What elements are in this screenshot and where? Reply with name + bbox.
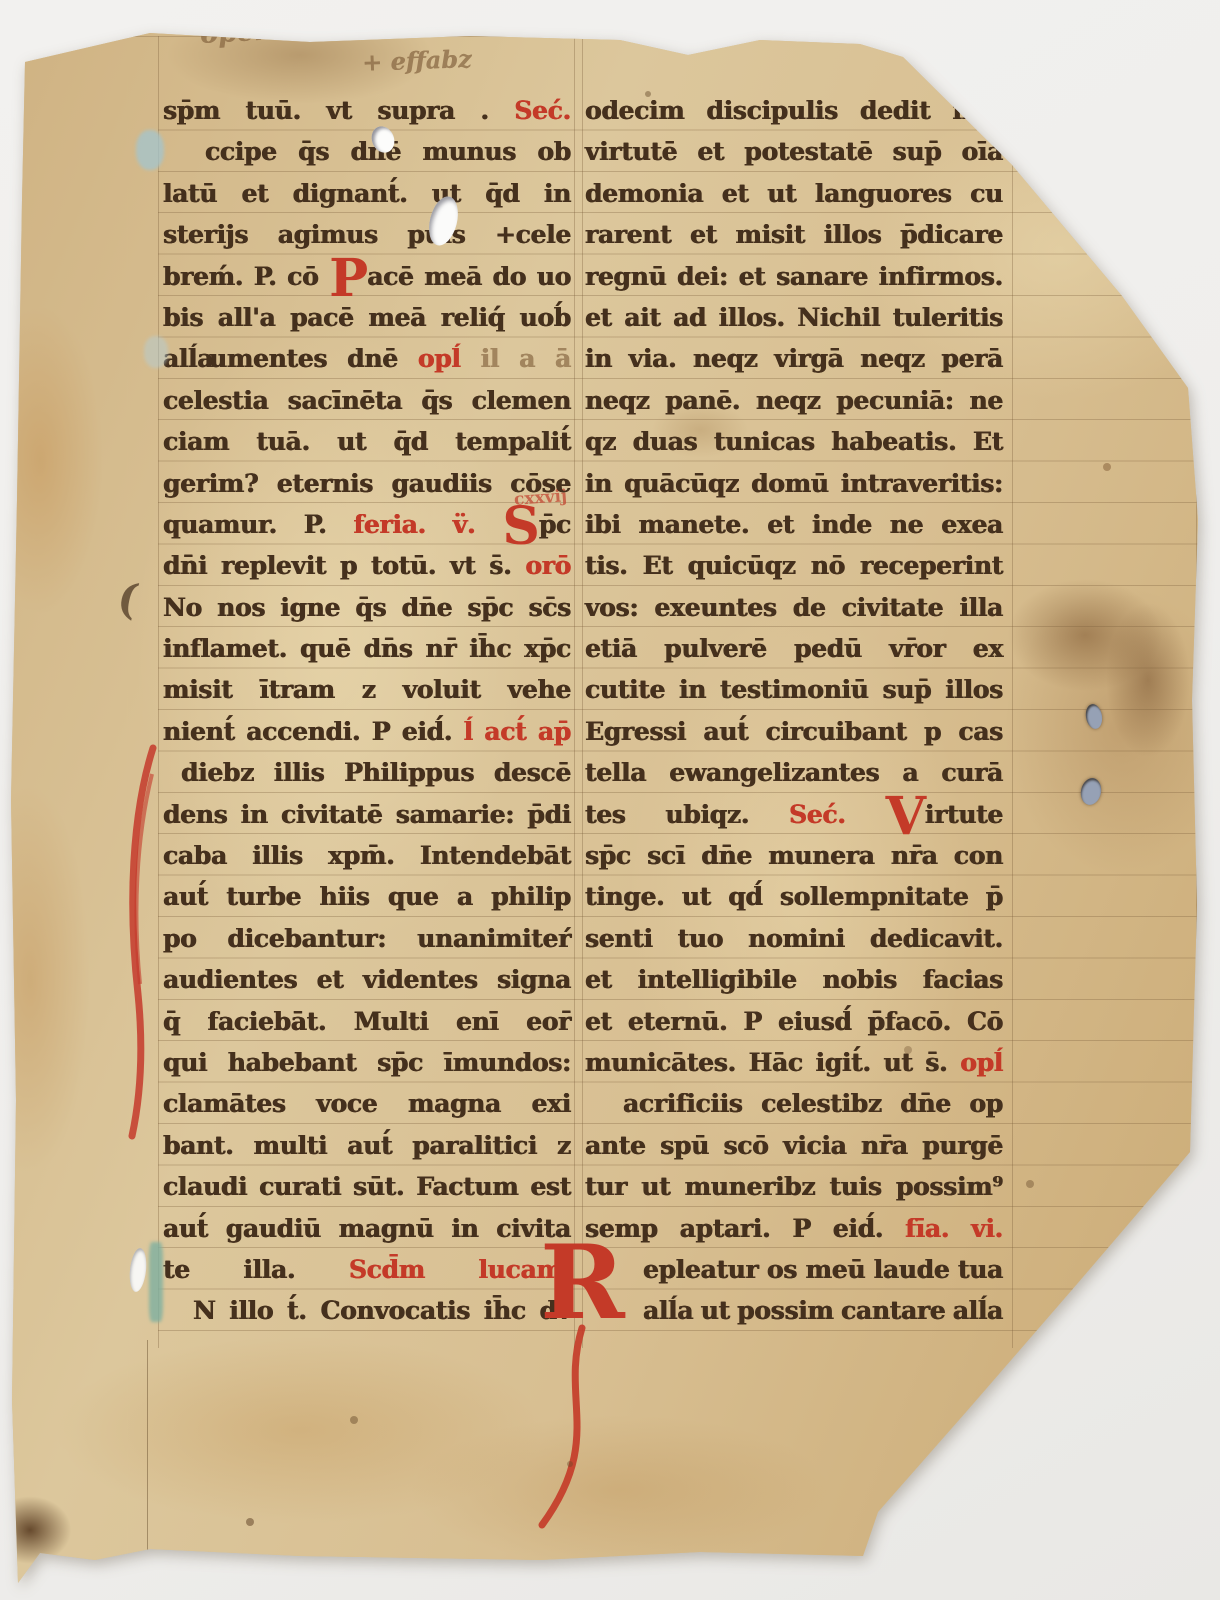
text-line: cutite in testimoniū sup̄ illos (585, 669, 1003, 710)
ruling-vertical-line (582, 36, 583, 1348)
body-text: caba illis xpm̄. Intendebāt (163, 841, 571, 870)
text-line: nient́ accendi. P eid́. ĺ act́ ap̄ (163, 711, 571, 752)
text-line: tinge. ut qd́ sollempnitate p̄ (585, 876, 1003, 917)
body-text: irtute (925, 800, 1003, 829)
body-text: acrificiis celestibz dn̄e op (623, 1089, 1003, 1118)
rubric-text: opĺ (418, 344, 461, 373)
body-text: qz duas tunicas habeatis. Et (585, 427, 1003, 456)
text-line: tis. Et quicūqz nō receperint (585, 545, 1003, 586)
text-line: Egressi aut́ circuibant p cas (585, 711, 1003, 752)
text-line: qz duas tunicas habeatis. Et (585, 421, 1003, 462)
body-text: quamur. P. (163, 510, 327, 539)
text-line: diebz illis Philippus descē (163, 752, 571, 793)
text-line: tes ubiqz. Seć. Virtute (585, 794, 1003, 835)
text-line: et eternū. P eiusd́ p̄facō. Cō (585, 1001, 1003, 1042)
body-text: nient́ accendi. P eid́. (163, 717, 452, 746)
body-text: umentes dnē (209, 344, 418, 373)
text-line: virtutē et potestatē sup̄ oīa (585, 131, 1003, 172)
rubric-text: feria. v̈. (327, 510, 503, 539)
body-text: demonia et ut languores cu (585, 179, 1003, 208)
body-text: p̄c (539, 510, 571, 539)
ruling-vertical-line (1196, 36, 1197, 1348)
text-column-left: sp̄m tuū. vt supra . Seć.ccipe q̄s dnē … (163, 90, 571, 1332)
body-text: inflamet. quē dn̄s nr̄ ih̄c xp̄c (163, 634, 571, 663)
body-text: dn̄i replevit p totū. vt s̄. (163, 551, 512, 580)
text-line: qui habebant sp̄c īmundos: (163, 1042, 571, 1083)
text-line: tella ewangelizantes a curā (585, 752, 1003, 793)
body-text: acē meā do uo (367, 262, 571, 291)
text-line: acrificiis celestibz dn̄e op (585, 1083, 1003, 1124)
body-text: il a ā (461, 344, 571, 373)
text-line: N illo t́. Convocatis ih̄c dv (163, 1290, 571, 1331)
text-line: dens in civitatē samarie: p̄di (163, 794, 571, 835)
text-line: ccipe q̄s dnē munus ob (163, 131, 571, 172)
body-text: tis. Et quicūqz nō receperint (585, 551, 1003, 580)
body-text: rarent et misit illos p̄dicare (585, 220, 1003, 249)
text-line: ciam tuā. ut q̄d tempalit́ (163, 421, 571, 462)
text-line: etiā pulverē pedū vr̄or ex (585, 628, 1003, 669)
text-line: rarent et misit illos p̄dicare (585, 214, 1003, 255)
body-text: ante spū scō vicia nr̄a purgē (585, 1131, 1003, 1160)
body-text: dens in civitatē samarie: p̄di (163, 800, 571, 829)
text-line: neqz panē. neqz pecuniā: ne (585, 380, 1003, 421)
text-line: celestia sacīnēta q̄s clemen (163, 380, 571, 421)
parchment-leaf: operare + effabz cxxvij sp̄m tuū. vt sup… (0, 0, 1220, 1600)
body-text: in via. neqz virgā neqz perā (585, 344, 1003, 373)
body-text: neqz panē. neqz pecuniā: ne (585, 386, 1003, 415)
text-line: tur ut muneribz tuis possim⁹ (585, 1166, 1003, 1207)
body-text: ibi manete. et inde ne exea (585, 510, 1003, 539)
body-text: q̄ faciebāt. Multi enī eor̄ (163, 1007, 571, 1036)
body-text: tella ewangelizantes a curā (585, 758, 1003, 787)
text-line: ante spū scō vicia nr̄a purgē (585, 1125, 1003, 1166)
text-line: clamātes voce magna exi (163, 1083, 571, 1124)
body-text: ciam tuā. ut q̄d tempalit́ (163, 427, 571, 456)
rubric-text: Seć. (749, 800, 885, 829)
text-line: bant. multi aut́ paralitici z (163, 1125, 571, 1166)
body-text: cutite in testimoniū sup̄ illos (585, 675, 1003, 704)
body-text: municātes. Hāc igit́. ut s̄. (585, 1048, 948, 1077)
text-line: aut́ gaudiū magnū in civita (163, 1208, 571, 1249)
body-text: et intelligibile nobis facias (585, 965, 1003, 994)
body-text: qui habebant sp̄c īmundos: (163, 1048, 571, 1077)
body-text: tes ubiqz. (585, 800, 749, 829)
body-text: misit ītram z voluit vehe (163, 675, 571, 704)
text-line: semp aptari. P eid́. fīa. vi. (585, 1208, 1003, 1249)
body-text: odecim discipulis dedit illis (585, 96, 1003, 125)
text-line: in via. neqz virgā neqz perā (585, 338, 1003, 379)
text-line: caba illis xpm̄. Intendebāt (163, 835, 571, 876)
body-text: virtutē et potestatē sup̄ oīa (585, 137, 1003, 166)
text-line: aut́ turbe hiis que a philip (163, 876, 571, 917)
text-line: regnū dei: et sanare infirmos. (585, 256, 1003, 297)
rubric-text: fīa. vi. (883, 1214, 1003, 1243)
parchment-crease (147, 1340, 148, 1552)
body-text: audientes et videntes signa (163, 965, 571, 994)
text-line: sp̄c scī dn̄e munera nr̄a con (585, 835, 1003, 876)
marginal-note: operare (199, 13, 318, 50)
text-line: municātes. Hāc igit́. ut s̄. opĺ (585, 1042, 1003, 1083)
text-line: umentes dnē opĺ il a ā (163, 338, 571, 379)
text-line: No nos igne q̄s dn̄e sp̄c sc̄s (163, 587, 571, 628)
body-text: et ait ad illos. Nichil tuleritis (585, 303, 1003, 332)
text-line: latū et dignant́. ut q̄d in (163, 173, 571, 214)
body-text: aut́ turbe hiis que a philip (163, 882, 571, 911)
teal-pigment-smudge (149, 1242, 163, 1322)
body-text: vos: exeuntes de civitate illa (585, 593, 1003, 622)
text-line: po dicebantur: unanimiteŕ (163, 918, 571, 959)
rubric-text: opĺ (948, 1048, 1003, 1077)
text-line: te illa. Scd̄m lucam. (163, 1249, 571, 1290)
ink-speckles (0, 0, 4, 4)
text-column-right: odecim discipulis dedit illisvirtutē et … (585, 90, 1003, 1332)
body-text: sp̄c scī dn̄e munera nr̄a con (585, 841, 1003, 870)
ruling-vertical-line (1012, 36, 1013, 1348)
ruling-vertical-line (574, 36, 575, 1348)
body-text: claudi curati sūt. Factum est (163, 1172, 571, 1201)
body-text: diebz illis Philippus descē (181, 758, 571, 787)
body-text: sp̄m tuū. vt supra . (163, 96, 489, 125)
text-line: inflamet. quē dn̄s nr̄ ih̄c xp̄c (163, 628, 571, 669)
text-line: in quācūqz domū intraveritis: (585, 463, 1003, 504)
text-line: q̄ faciebāt. Multi enī eor̄ (163, 1001, 571, 1042)
text-line: audientes et videntes signa (163, 959, 571, 1000)
marginal-note: + effabz (362, 44, 472, 77)
parchment-hole (128, 1247, 149, 1292)
rubric-text: Scd̄m lucam. (295, 1255, 571, 1284)
text-line: claudi curati sūt. Factum est (163, 1166, 571, 1207)
body-text: tinge. ut qd́ sollempnitate p̄ (585, 882, 1003, 911)
body-text: Egressi aut́ circuibant p cas (585, 717, 1003, 746)
body-text: N illo t́. Convocatis ih̄c dv (193, 1296, 571, 1325)
body-text: epleatur os meū laude tua (643, 1255, 1003, 1284)
blue-pigment-smudge (144, 336, 168, 368)
text-line: epleatur os meū laude tua (585, 1249, 1003, 1290)
ruling-top-line (20, 36, 1100, 37)
text-line: senti tuo nomini dedicavit. (585, 918, 1003, 959)
text-line: demonia et ut languores cu (585, 173, 1003, 214)
blue-pigment-smudge (136, 130, 164, 170)
text-line: et intelligibile nobis facias (585, 959, 1003, 1000)
parchment-shadow-wrap: operare + effabz cxxvij sp̄m tuū. vt sup… (0, 0, 1220, 1600)
rubricated-initial-I-flourish (127, 744, 171, 1144)
text-line: ibi manete. et inde ne exea (585, 504, 1003, 545)
body-text: No nos igne q̄s dn̄e sp̄c sc̄s (163, 593, 571, 622)
text-line: vos: exeuntes de civitate illa (585, 587, 1003, 628)
text-line: odecim discipulis dedit illis (585, 90, 1003, 131)
body-text: sterijs agimus puis +cele (163, 220, 571, 249)
initial-R-flourish (520, 1320, 650, 1550)
rubric-text: Seć. (489, 96, 571, 125)
body-text: celestia sacīnēta q̄s clemen (163, 386, 571, 415)
body-text: alĺa ut possim cantare alĺa (643, 1296, 1003, 1325)
body-text: clamātes voce magna exi (163, 1089, 571, 1118)
text-line: breḿ. P. cō Pacē meā do uo (163, 256, 571, 297)
body-text: breḿ. P. cō (163, 262, 329, 291)
body-text: regnū dei: et sanare infirmos. (585, 262, 1003, 291)
body-text: semp aptari. P eid́. (585, 1214, 883, 1243)
text-line: dn̄i replevit p totū. vt s̄. orō (163, 545, 571, 586)
text-line: bis all'a pacē meā reliq́ uob́ alĺa (163, 297, 571, 338)
rubric-text: orō (512, 551, 571, 580)
body-text: et eternū. P eiusd́ p̄facō. Cō (585, 1007, 1003, 1036)
rubricated-initial-R: R (540, 1232, 625, 1334)
body-text: senti tuo nomini dedicavit. (585, 924, 1003, 953)
rubric-text: ĺ act́ ap̄ (452, 717, 571, 746)
text-line: sp̄m tuū. vt supra . Seć. (163, 90, 571, 131)
scribal-mark: ( (113, 572, 143, 624)
body-text: gerim? eternis gaudiis cōse (163, 469, 571, 498)
body-text: tur ut muneribz tuis possim⁹ (585, 1172, 1003, 1201)
body-text: latū et dignant́. ut q̄d in (163, 179, 571, 208)
text-line: et ait ad illos. Nichil tuleritis (585, 297, 1003, 338)
body-text: aut́ gaudiū magnū in civita (163, 1214, 571, 1243)
body-text: in quācūqz domū intraveritis: (585, 469, 1003, 498)
photo-background: { "document": { "kind": "medieval manusc… (0, 0, 1220, 1600)
ruling-vertical-line (158, 36, 159, 1348)
text-line: misit ītram z voluit vehe (163, 669, 571, 710)
body-text: po dicebantur: unanimiteŕ (163, 924, 571, 953)
body-text: te illa. (163, 1255, 295, 1284)
body-text: etiā pulverē pedū vr̄or ex (585, 634, 1003, 663)
text-line: quamur. P. feria. v̈. Sp̄c (163, 504, 571, 545)
body-text: bant. multi aut́ paralitici z (163, 1131, 571, 1160)
